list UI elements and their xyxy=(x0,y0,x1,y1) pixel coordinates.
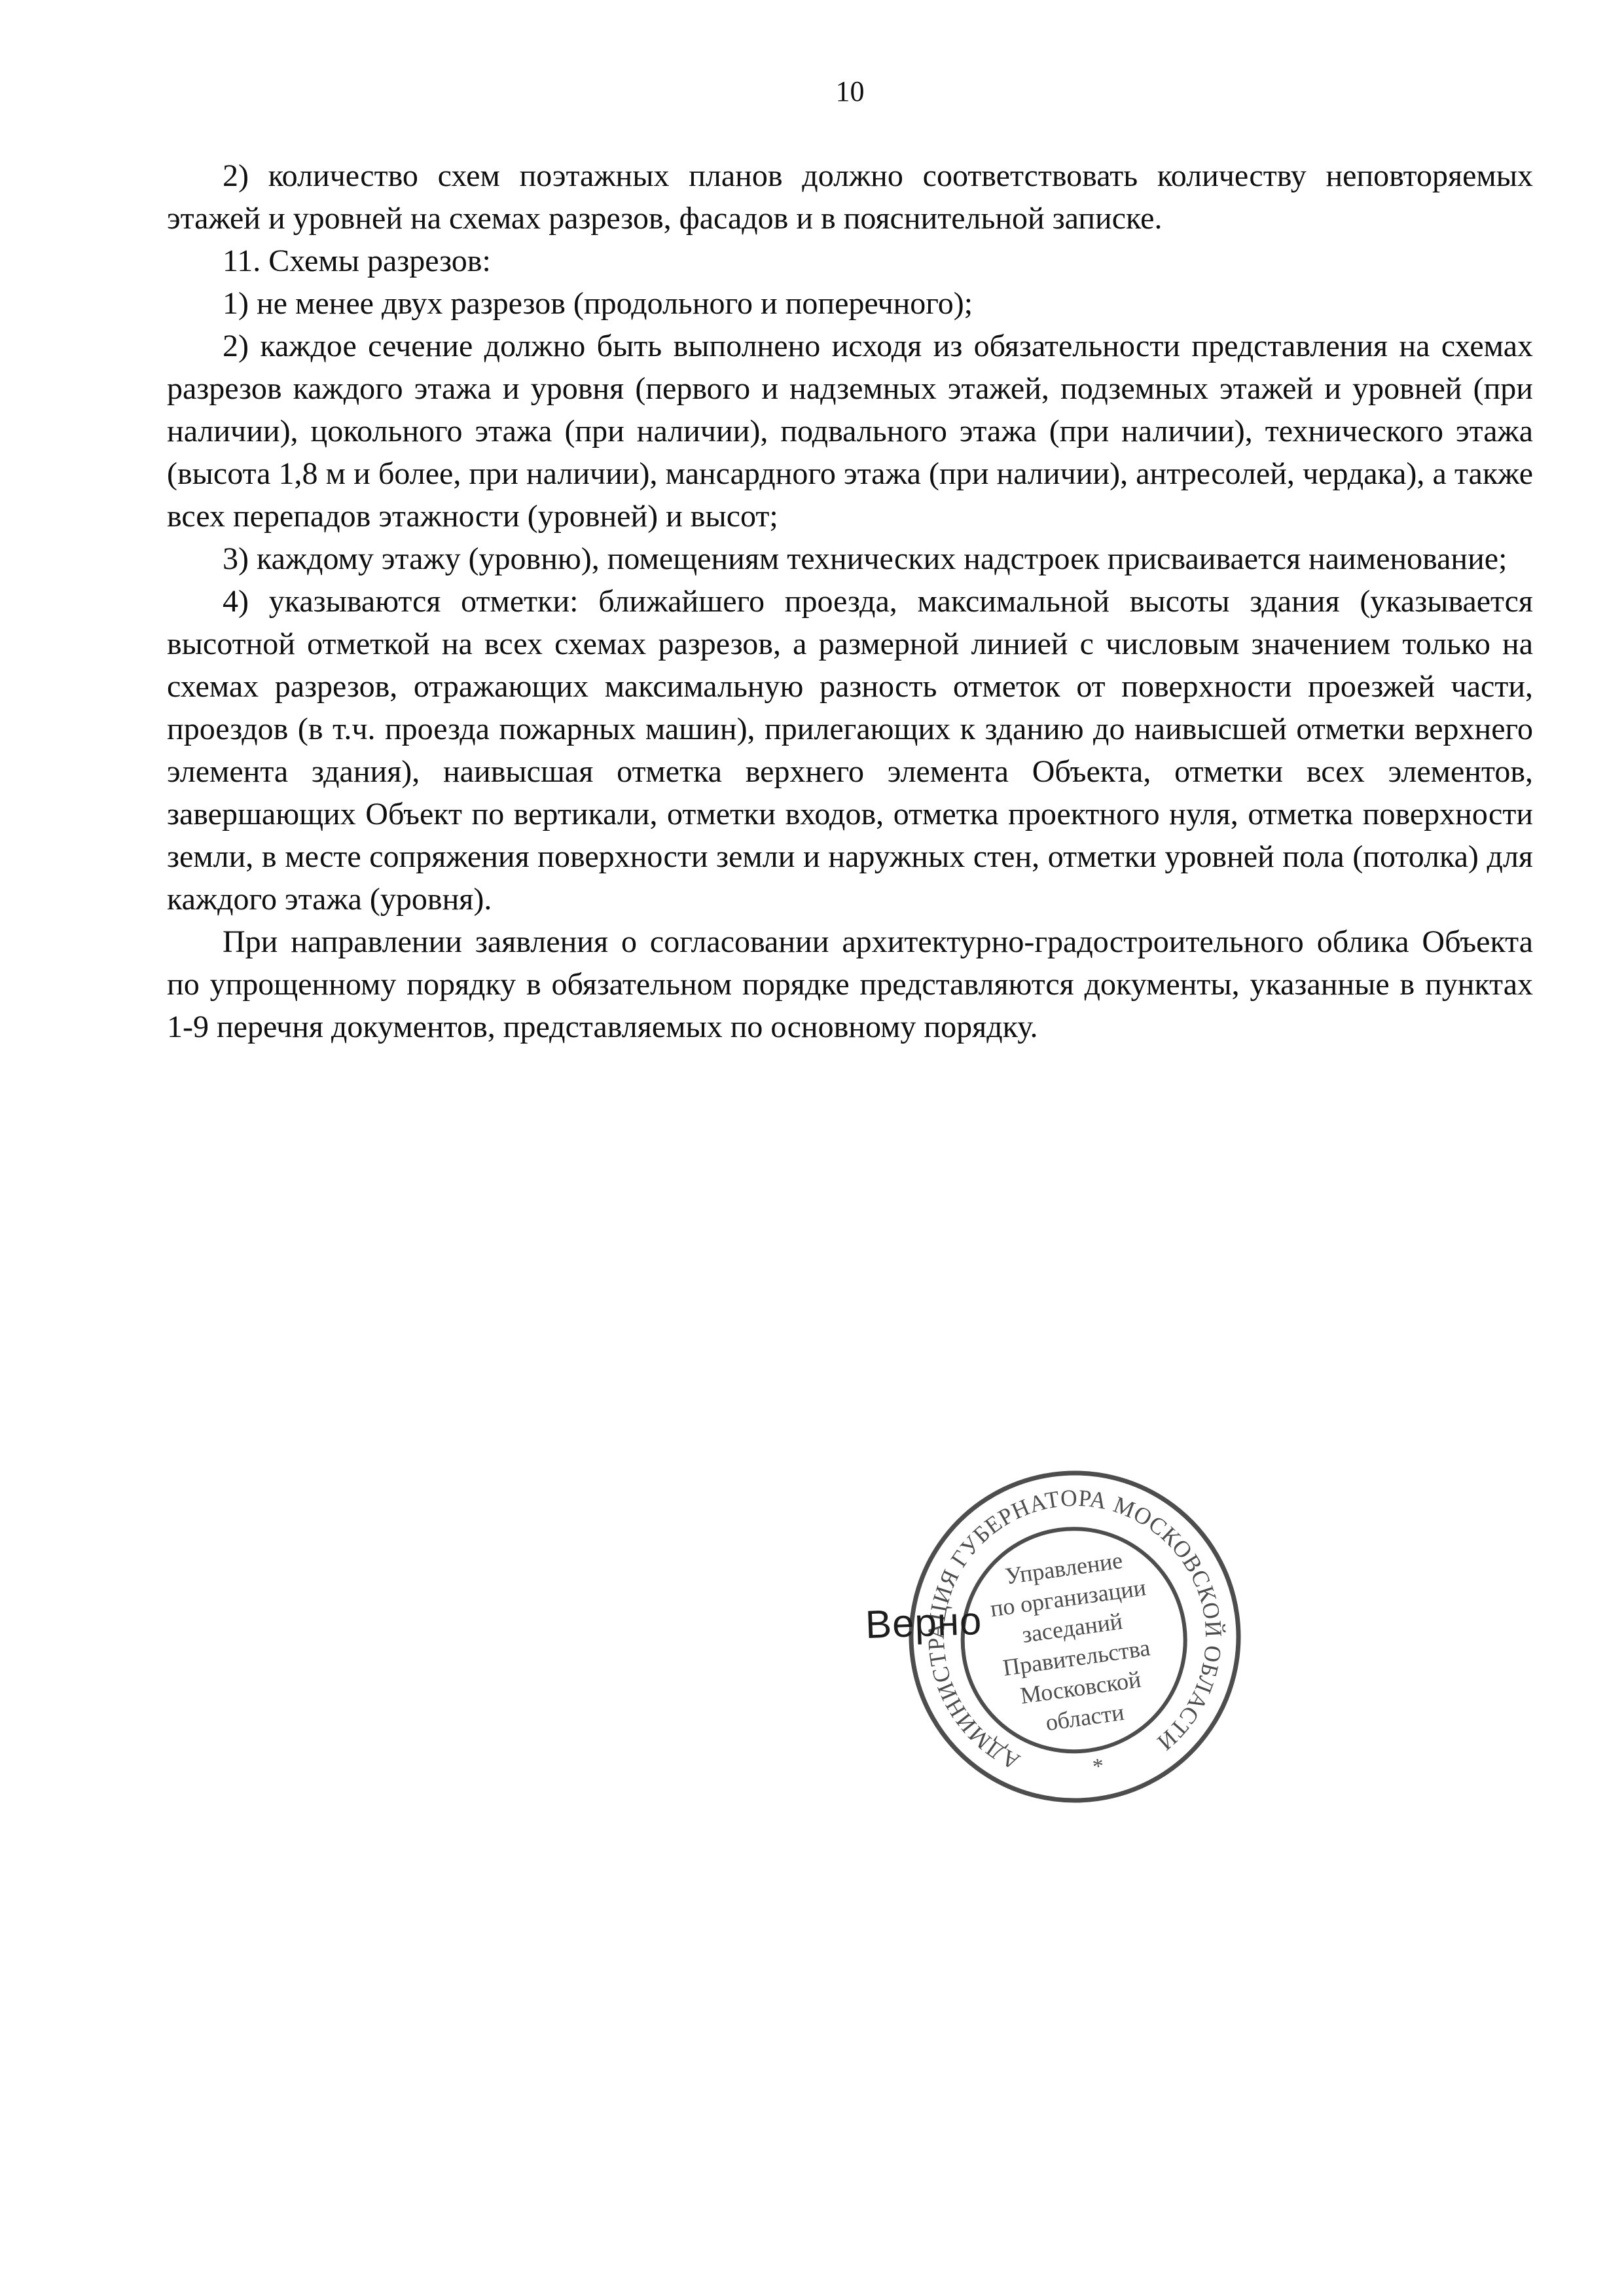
stamp-center-text: Управление по организации заседаний Прав… xyxy=(984,1544,1164,1741)
stamp-separator-star-icon: * xyxy=(1091,1754,1106,1779)
verno-certification-label: Верно xyxy=(865,1601,983,1645)
document-text-block: 2) количество схем поэтажных планов долж… xyxy=(167,155,1533,1048)
paragraph: 3) каждому этажу (уровню), помещениям те… xyxy=(167,538,1533,580)
stamp-center-line: области xyxy=(1044,1699,1126,1736)
paragraph: 2) количество схем поэтажных планов долж… xyxy=(167,155,1533,240)
paragraph: 2) каждое сечение должно быть выполнено … xyxy=(167,325,1533,538)
paragraph: 11. Схемы разрезов: xyxy=(167,240,1533,282)
paragraph: 1) не менее двух разрезов (продольного и… xyxy=(167,282,1533,325)
paragraph: 4) указываются отметки: ближайшего проез… xyxy=(167,580,1533,920)
paragraph: При направлении заявления о согласовании… xyxy=(167,920,1533,1048)
page-number: 10 xyxy=(167,76,1533,107)
